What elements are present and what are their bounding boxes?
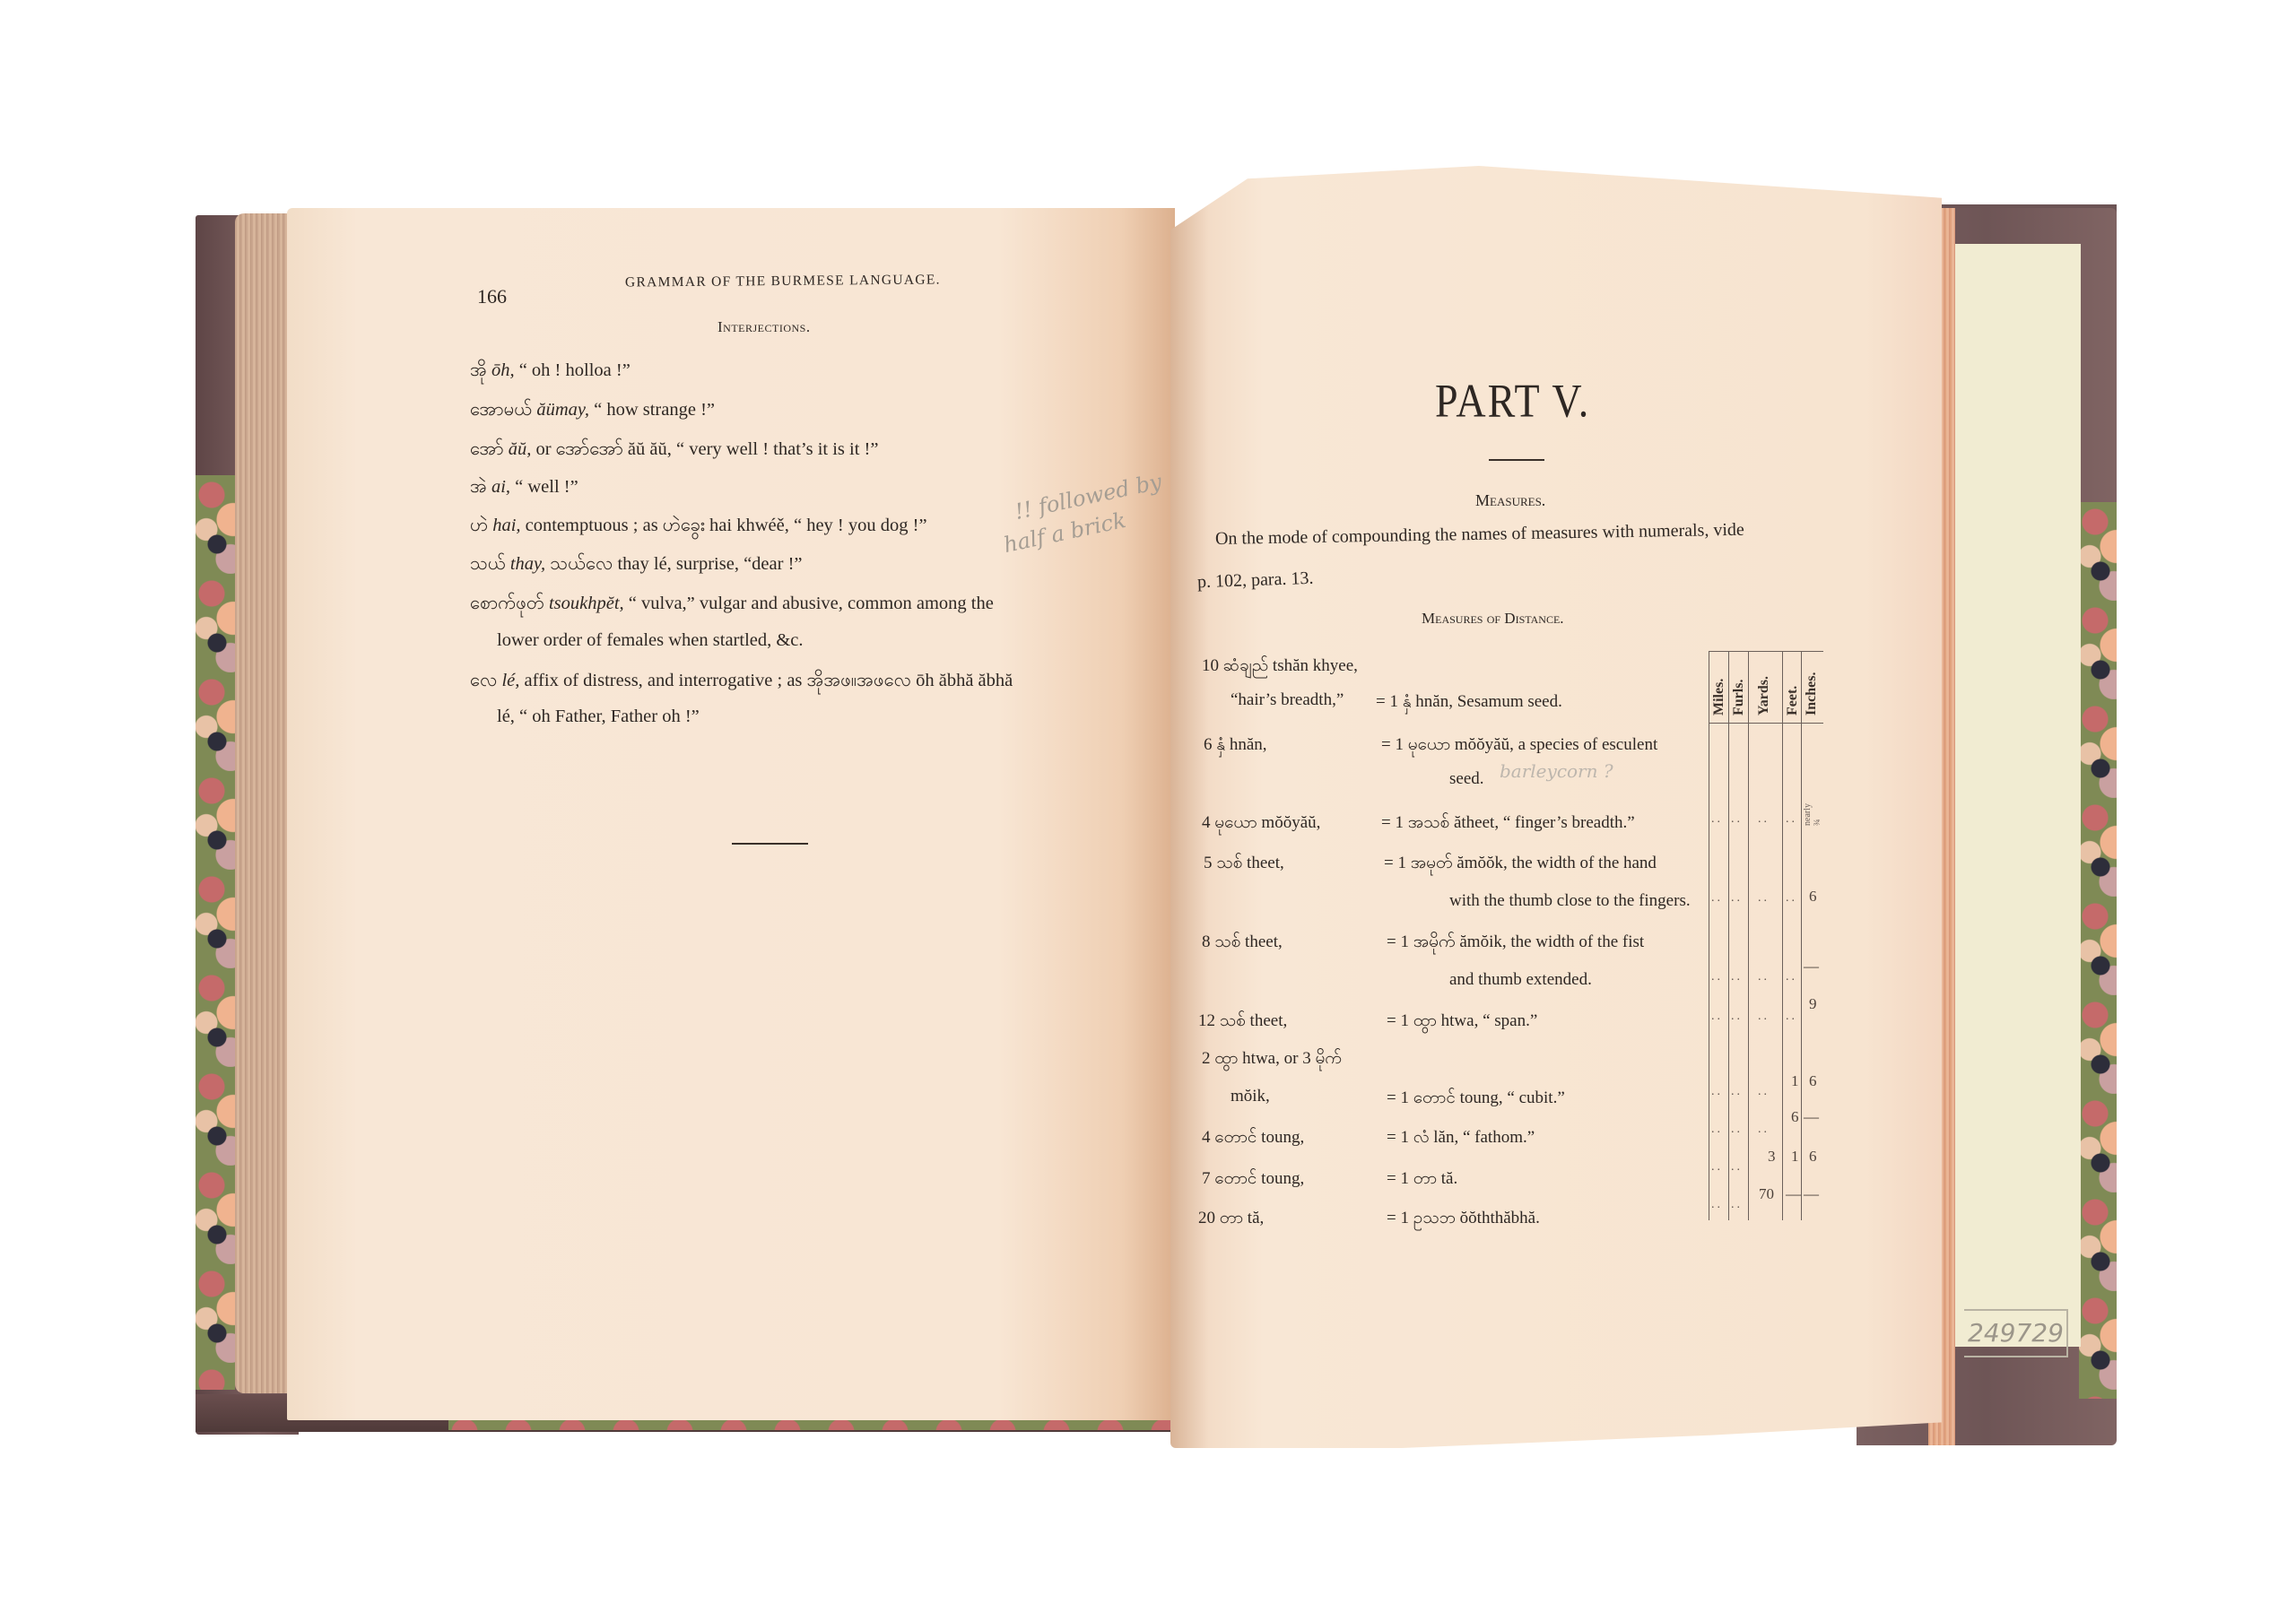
measure-row-left: 4 တောင် toung, [1202, 1126, 1304, 1151]
pencil-accession-number: 249729 [1964, 1309, 2068, 1357]
table-top-rule [1709, 651, 1823, 652]
cell: .. [1731, 1198, 1743, 1212]
burmese-word: လေ [470, 671, 497, 690]
entry-continuation: lé, “ oh Father, Father oh !” [497, 707, 700, 727]
equivalents-table: Miles. Furls. Yards. Feet. Inches. .. ..… [1709, 651, 1825, 1220]
measure-row-right: = 1 လံ lăn, “ fathom.” [1387, 1126, 1535, 1151]
transliteration: thay, [510, 554, 545, 574]
section-heading: Interjections. [717, 318, 811, 336]
col-head-miles: Miles. [1711, 679, 1727, 715]
measure-row-left: 2 ထွာ htwa, or 3 မိုက် [1202, 1047, 1342, 1072]
gloss: သယ်လေ thay lé, surprise, “dear !” [550, 554, 802, 574]
entry: လေ lé, affix of distress, and interrogat… [470, 669, 1013, 696]
measure-row-right: = 1 အသစ် ătheet, “ finger’s breadth.” [1381, 811, 1635, 837]
measure-row-right: = 1 နှံ hnăn, Sesamum seed. [1376, 690, 1562, 715]
cell: .. [1758, 1123, 1770, 1137]
transliteration: tsoukhpĕt, [549, 594, 624, 613]
cell: — [1786, 1185, 1801, 1203]
measure-row-right: seed. [1449, 769, 1484, 789]
measure-row-left: 20 တာ tă, [1198, 1207, 1264, 1232]
table-col-rule [1728, 651, 1729, 1220]
measure-row-left: 4 မုယော mŏŏyăŭ, [1202, 811, 1320, 837]
cell: .. [1711, 1010, 1723, 1024]
measure-row-left: 8 သစ် theet, [1202, 931, 1283, 956]
cell: .. [1758, 1085, 1770, 1099]
cell: .. [1711, 812, 1723, 827]
col-head-feet: Feet. [1785, 686, 1801, 715]
col-head-inches: Inches. [1804, 672, 1820, 715]
cell: — [1804, 958, 1819, 976]
cell: 3 [1768, 1148, 1776, 1166]
table-col-rule [1801, 651, 1802, 1220]
cell: 6 [1809, 888, 1817, 906]
entry: ဟဲ hai, contemptuous ; as ဟဲခွေး hai khw… [470, 514, 927, 541]
measure-row-left: mŏik, [1231, 1087, 1270, 1106]
page-number: 166 [477, 285, 507, 308]
part-title: PART V. [1435, 373, 1590, 428]
measure-row-right: = 1 မုယော mŏŏyăŭ, a species of esculent [1381, 733, 1657, 759]
cell: .. [1758, 812, 1770, 827]
entry: သယ် thay, သယ်လေ thay lé, surprise, “dear… [470, 552, 803, 579]
cell: 6 [1809, 1148, 1817, 1166]
entry-continuation: lower order of females when startled, &c… [497, 630, 804, 651]
burmese-word: အော် [470, 439, 504, 459]
measure-row-left: 5 သစ် theet, [1204, 852, 1284, 877]
cell: .. [1731, 1123, 1743, 1137]
pencil-annotation: barleycorn ? [1500, 760, 1613, 782]
burmese-word: ဟဲ [470, 516, 488, 535]
cell: — [1804, 1185, 1819, 1203]
table-col-rule [1782, 651, 1783, 1220]
cell: 6 [1791, 1108, 1799, 1126]
gloss: “ how strange !” [594, 400, 715, 420]
measure-row-right: = 1 ဥသဘ ŏŏththăbhă. [1387, 1207, 1540, 1232]
measure-row-right: = 1 အမုတ် ămŏŏk, the width of the hand [1384, 852, 1657, 877]
measure-row-right: = 1 တောင် toung, “ cubit.” [1387, 1087, 1565, 1112]
gloss: or အော်အော် ăŭ ăŭ, “ very well ! that’s … [535, 439, 878, 459]
gloss: “ oh ! holloa !” [519, 360, 631, 380]
measure-row-right: = 1 အမိုက် ămŏik, the width of the fist [1387, 931, 1644, 956]
open-book: 249729 166 GRAMMAR OF THE BURMESE LANGUA… [0, 0, 2296, 1613]
transliteration: lé, [501, 671, 519, 690]
measure-row-right: = 1 တာ tă. [1387, 1167, 1457, 1192]
burmese-word: အို [470, 360, 487, 380]
measure-row-left: “hair’s breadth,” [1231, 690, 1344, 710]
cell: .. [1731, 891, 1743, 906]
cell: 6 [1809, 1072, 1817, 1090]
measure-row-left: 7 တောင် toung, [1202, 1167, 1304, 1192]
left-page [287, 208, 1175, 1420]
cell: 70 [1759, 1185, 1774, 1203]
section-end-rule [732, 843, 808, 845]
cell: .. [1711, 970, 1723, 984]
cell: .. [1731, 1160, 1743, 1175]
col-head-yards: Yards. [1756, 676, 1772, 715]
entry: အို ōh, “ oh ! holloa !” [470, 359, 631, 386]
title-rule [1489, 459, 1544, 461]
burmese-word: စောက်ဖုတ် [470, 594, 544, 613]
running-head: GRAMMAR OF THE BURMESE LANGUAGE. [625, 272, 941, 291]
burmese-word: သယ် [470, 554, 506, 574]
entry: စောက်ဖုတ် tsoukhpĕt, “ vulva,” vulgar an… [470, 592, 994, 619]
cell: .. [1786, 891, 1797, 906]
table-head-rule [1709, 723, 1823, 724]
inner-endpaper [1946, 244, 2081, 1347]
transliteration: ăümay, [536, 400, 589, 420]
col-head-furlongs: Furls. [1731, 680, 1747, 715]
entry: အော် ăŭ, or အော်အော် ăŭ ăŭ, “ very well … [470, 438, 878, 464]
measure-row-right: and thumb extended. [1449, 970, 1592, 990]
marbled-endpaper-left [196, 475, 235, 1390]
cell: .. [1786, 970, 1797, 984]
cell: .. [1758, 891, 1770, 906]
cell: 1 [1791, 1148, 1799, 1166]
burmese-word: အောမယ် [470, 400, 532, 420]
transliteration: ōh, [491, 360, 515, 380]
cell: 9 [1809, 995, 1817, 1013]
cell: .. [1731, 812, 1743, 827]
table-col-rule [1709, 651, 1709, 1220]
intro-text-line-2: p. 102, para. 13. [1197, 568, 1314, 594]
measure-row-left: 10 ဆံချည် tshăn khyee, [1202, 655, 1358, 680]
cell: .. [1711, 1123, 1723, 1137]
gloss: affix of distress, and interrogative ; a… [525, 671, 1013, 690]
gloss: “ vulva,” vulgar and abusive, common amo… [629, 594, 994, 613]
cell: .. [1758, 970, 1770, 984]
measure-row-left: 6 နှံ hnăn, [1204, 733, 1267, 759]
transliteration: ăŭ, [509, 439, 532, 459]
cell: 1 [1791, 1072, 1799, 1090]
cell: — [1804, 1108, 1819, 1126]
cell: .. [1786, 812, 1797, 827]
cell: .. [1731, 1085, 1743, 1099]
measure-row-right: with the thumb close to the fingers. [1449, 891, 1691, 911]
gloss: contemptuous ; as ဟဲခွေး hai khwéě, “ he… [526, 516, 927, 535]
measure-row-right: = 1 ထွာ htwa, “ span.” [1387, 1010, 1537, 1035]
cell: .. [1711, 891, 1723, 906]
cell: .. [1758, 1010, 1770, 1024]
measure-row-left: 12 သစ် theet, [1198, 1010, 1287, 1035]
transliteration: hai, [492, 516, 520, 535]
cell: .. [1711, 1160, 1723, 1175]
cell: .. [1711, 1198, 1723, 1212]
right-page [1170, 166, 1942, 1448]
page-block-edge-left [235, 213, 291, 1393]
gloss: “ well !” [515, 477, 578, 497]
table-col-rule [1748, 651, 1749, 1220]
entry: အောမယ် ăümay, “ how strange !” [470, 398, 715, 425]
cell: nearly ¾ [1803, 801, 1822, 826]
cell: .. [1731, 970, 1743, 984]
transliteration: ai, [491, 477, 510, 497]
cell: .. [1711, 1085, 1723, 1099]
distance-subheading: Measures of Distance. [1422, 610, 1564, 628]
entry: အဲ ai, “ well !” [470, 475, 578, 502]
cell: .. [1786, 1010, 1797, 1024]
burmese-word: အဲ [470, 477, 487, 497]
cell: .. [1731, 1010, 1743, 1024]
marbled-endpaper-right [2079, 502, 2117, 1399]
measures-heading: Measures. [1475, 491, 1545, 510]
